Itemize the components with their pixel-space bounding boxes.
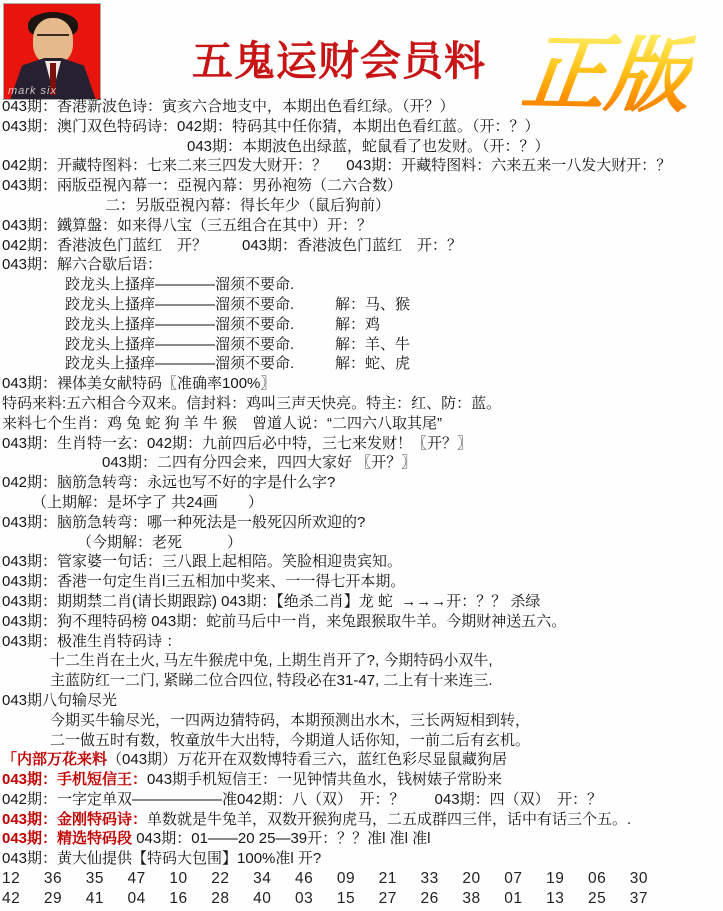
- text-line: 043期：生肖特一玄：042期：九前四后必中特，三七来发财！〖开？〗: [2, 434, 721, 454]
- text-line: 主蓝防红一二门, 紧睇二位合四位, 特段必在31-47, 二上有十来连三.: [2, 671, 721, 691]
- text-line: 043期：期期禁二肖(请长期跟踪) 043期：【绝杀二肖】龙 蛇 →→→开：？？…: [2, 592, 721, 612]
- text-line: 043期：金刚特码诗：单数就是牛兔羊，双数开猴狗虎马，二五成群四三伴，话中有话三…: [2, 810, 721, 830]
- text-segment: 跤龙头上搔痒————溜须不要命.: [65, 336, 294, 353]
- text-line: 043期：本期波色出绿蓝，蛇鼠看了也发财。（开：？）: [2, 137, 721, 157]
- text-line: 042期：开藏特图料：七来二来三四发大财开：？ 043期：开藏特图料：六来五来一…: [2, 156, 721, 176]
- text-line: 跤龙头上搔痒————溜须不要命.解：羊、牛: [2, 335, 721, 355]
- tipster-portrait: mark six: [3, 3, 101, 100]
- text-segment: 042期：香港波色门蓝红 开？: [2, 237, 207, 254]
- text-line: 特码来料:五六相合今双来。信封料：鸡叫三声天快亮。特主：红、防：蓝。: [2, 394, 721, 414]
- text-segment: 043期：狗不理特码榜 043期：蛇前马后中一肖，来兔跟猴取牛羊。今期财神送五六…: [2, 613, 566, 630]
- text-segment: 043期：极准生肖特码诗 ：: [2, 633, 181, 650]
- text-segment: 跤龙头上搔痒————溜须不要命.: [65, 276, 294, 293]
- text-segment: 043期：精选特码段: [2, 830, 136, 847]
- text-segment: 043期：本期波色出绿蓝，蛇鼠看了也发财。（开：？）: [187, 138, 550, 155]
- text-line: 043期：黄大仙提供【特码大包围】100%准l 开?: [2, 849, 721, 869]
- text-line: （上期解：是坏字了 共24画 ）: [2, 493, 721, 513]
- text-segment: 043期：香港一句定生肖l三五相加中奖来、一一得七开本期。: [2, 573, 405, 590]
- portrait-glasses: [37, 34, 69, 44]
- text-line: 042期：香港波色门蓝红 开？043期：香港波色门蓝红 开：？: [2, 236, 721, 256]
- text-line: 043期：香港新波色诗：寅亥六合地支中，本期出色看红绿。（开？）: [2, 97, 721, 117]
- text-line: 跤龙头上搔痒————溜须不要命.解：蛇、虎: [2, 354, 721, 374]
- text-segment: 跤龙头上搔痒————溜须不要命.: [65, 316, 294, 333]
- text-segment: 042期：脑筋急转弯：永远也写不好的字是什么字?: [2, 474, 335, 491]
- text-segment: 二一做五时有数，牧童放牛大出特，今期道人话你知，一前二后有玄机。: [50, 732, 530, 749]
- text-line: 「内部万花来料（043期）万花开在双数博特看三六，蓝红色彩尽显鼠藏狗居: [2, 750, 721, 770]
- text-line: （今期解：老死 ）: [2, 533, 721, 553]
- text-segment: （043期）万花开在双数博特看三六，蓝红色彩尽显鼠藏狗居: [107, 751, 507, 768]
- text-line: 二：另版亞視內幕：得长年少（鼠后狗前）: [2, 196, 721, 216]
- text-segment: 042期：开藏特图料：七来二来三四发大财开：？ 043期：开藏特图料：六来五来一…: [2, 157, 671, 174]
- text-segment: （上期解：是坏字了 共24画 ）: [32, 494, 263, 511]
- text-line: 043期：裸体美女献特码〖准确率100%〗: [2, 374, 721, 394]
- text-segment: 043期：解六合歇后语：: [2, 256, 162, 273]
- text-line: 043期：管家婆一句话：三八跟上起相陪。笑脸相迎贵宾知。: [2, 552, 721, 572]
- text-segment: 跤龙头上搔痒————溜须不要命.: [65, 296, 294, 313]
- content-lines: 043期：香港新波色诗：寅亥六合地支中，本期出色看红绿。（开？）043期：澳门双…: [2, 97, 721, 909]
- text-segment: 043期：兩版亞視內幕一：亞視內幕：男孙袍笏（二六合数）: [2, 177, 402, 194]
- text-segment: 043期：二四有分四会来，四四大家好 〖开？〗: [102, 454, 416, 471]
- text-segment: 解：马、猴: [335, 295, 410, 315]
- text-line: 043期：手机短信王：043期手机短信王：一见钟情共鱼水，钱树婊子常盼来: [2, 770, 721, 790]
- text-segment: 今期买牛输尽光，一四两边猜特码，本期预测出水木，三长两短相到转，: [50, 712, 530, 729]
- number-row: 12 36 35 47 10 22 34 46 09 21 33 20 07 1…: [2, 869, 721, 889]
- text-line: 043期八句输尽光: [2, 691, 721, 711]
- text-segment: 解：鸡: [335, 315, 380, 335]
- text-segment: 042期：一字定单双——————准042期：八（双） 开：？ 043期：四（双）…: [2, 791, 602, 808]
- text-segment: 043期：手机短信王：: [2, 771, 147, 788]
- text-segment: 跤龙头上搔痒————溜须不要命.: [65, 355, 294, 372]
- text-segment: 043期：澳门双色特码诗：042期：特码其中任你猜，本期出色看红蓝。（开：？）: [2, 118, 540, 135]
- text-segment: 043期手机短信王：一见钟情共鱼水，钱树婊子常盼来: [147, 771, 502, 788]
- text-line: 来料七个生肖：鸡 兔 蛇 狗 羊 牛 猴 曾道人说：“二四六八取其尾”: [2, 414, 721, 434]
- text-line: 043期：极准生肖特码诗 ：: [2, 632, 721, 652]
- text-segment: 043期：脑筋急转弯：哪一种死法是一般死囚所欢迎的?: [2, 514, 365, 531]
- text-segment: 043期：香港波色门蓝红 开：？: [242, 236, 462, 256]
- text-segment: （今期解：老死 ）: [77, 534, 242, 551]
- text-line: 042期：脑筋急转弯：永远也写不好的字是什么字?: [2, 473, 721, 493]
- text-segment: 「内部万花来料: [2, 751, 107, 768]
- text-segment: 043期：01——20 25—39开：？？准l 准l 准l: [136, 830, 430, 847]
- text-line: 二一做五时有数，牧童放牛大出特，今期道人话你知，一前二后有玄机。: [2, 731, 721, 751]
- text-line: 跤龙头上搔痒————溜须不要命.解：鸡: [2, 315, 721, 335]
- text-segment: 043期：金刚特码诗：: [2, 811, 147, 828]
- tip-sheet-page: mark six 五鬼运财会员料 正版 043期：香港新波色诗：寅亥六合地支中，…: [0, 0, 723, 911]
- text-line: 043期：狗不理特码榜 043期：蛇前马后中一肖，来兔跟猴取牛羊。今期财神送五六…: [2, 612, 721, 632]
- page-title: 五鬼运财会员料: [192, 28, 522, 87]
- text-segment: 特码来料:五六相合今双来。信封料：鸡叫三声天快亮。特主：红、防：蓝。: [2, 395, 501, 412]
- text-segment: 解：蛇、虎: [335, 354, 410, 374]
- text-line: 043期：鐵算盤：如来得八宝（三五组合在其中）开：？: [2, 216, 721, 236]
- text-segment: 043期：期期禁二肖(请长期跟踪) 043期：【绝杀二肖】龙 蛇 →→→开：？？…: [2, 593, 540, 610]
- text-segment: 单数就是牛兔羊，双数开猴狗虎马，二五成群四三伴，话中有话三个五。.: [147, 811, 631, 828]
- text-segment: 043期八句输尽光: [2, 692, 117, 709]
- text-segment: 043期：裸体美女献特码〖准确率100%〗: [2, 375, 275, 392]
- text-line: 今期买牛输尽光，一四两边猜特码，本期预测出水木，三长两短相到转，: [2, 711, 721, 731]
- text-line: 042期：一字定单双——————准042期：八（双） 开：？ 043期：四（双）…: [2, 790, 721, 810]
- text-line: 043期：香港一句定生肖l三五相加中奖来、一一得七开本期。: [2, 572, 721, 592]
- text-line: 043期：澳门双色特码诗：042期：特码其中任你猜，本期出色看红蓝。（开：？）: [2, 117, 721, 137]
- text-line: 043期：解六合歇后语：: [2, 255, 721, 275]
- text-line: 跤龙头上搔痒————溜须不要命.: [2, 275, 721, 295]
- text-segment: 来料七个生肖：鸡 兔 蛇 狗 羊 牛 猴 曾道人说：“二四六八取其尾”: [2, 415, 442, 432]
- text-segment: 二：另版亞視內幕：得长年少（鼠后狗前）: [105, 197, 390, 214]
- text-segment: 043期：生肖特一玄：042期：九前四后必中特，三七来发财！〖开？〗: [2, 435, 472, 452]
- number-row: 42 29 41 04 16 28 40 03 15 27 26 38 01 1…: [2, 889, 721, 909]
- text-segment: 解：羊、牛: [335, 335, 410, 355]
- text-line: 十二生肖在土火, 马左牛猴虎中兔, 上期生肖开了?, 今期特码小双牛,: [2, 651, 721, 671]
- text-segment: 043期：管家婆一句话：三八跟上起相陪。笑脸相迎贵宾知。: [2, 553, 402, 570]
- text-segment: 043期：鐵算盤：如来得八宝（三五组合在其中）开：？: [2, 217, 372, 234]
- text-segment: 043期：香港新波色诗：寅亥六合地支中，本期出色看红绿。（开？）: [2, 98, 455, 115]
- text-segment: 043期：黄大仙提供【特码大包围】100%准l 开?: [2, 850, 321, 867]
- text-segment: 十二生肖在土火, 马左牛猴虎中兔, 上期生肖开了?, 今期特码小双牛,: [50, 652, 493, 669]
- photo-watermark: mark six: [8, 85, 57, 97]
- text-segment: 主蓝防红一二门, 紧睇二位合四位, 特段必在31-47, 二上有十来连三.: [50, 672, 493, 689]
- text-line: 043期：精选特码段 043期：01——20 25—39开：？？准l 准l 准l: [2, 829, 721, 849]
- text-line: 跤龙头上搔痒————溜须不要命.解：马、猴: [2, 295, 721, 315]
- text-line: 043期：脑筋急转弯：哪一种死法是一般死囚所欢迎的?: [2, 513, 721, 533]
- text-line: 043期：二四有分四会来，四四大家好 〖开？〗: [2, 453, 721, 473]
- text-line: 043期：兩版亞視內幕一：亞視內幕：男孙袍笏（二六合数）: [2, 176, 721, 196]
